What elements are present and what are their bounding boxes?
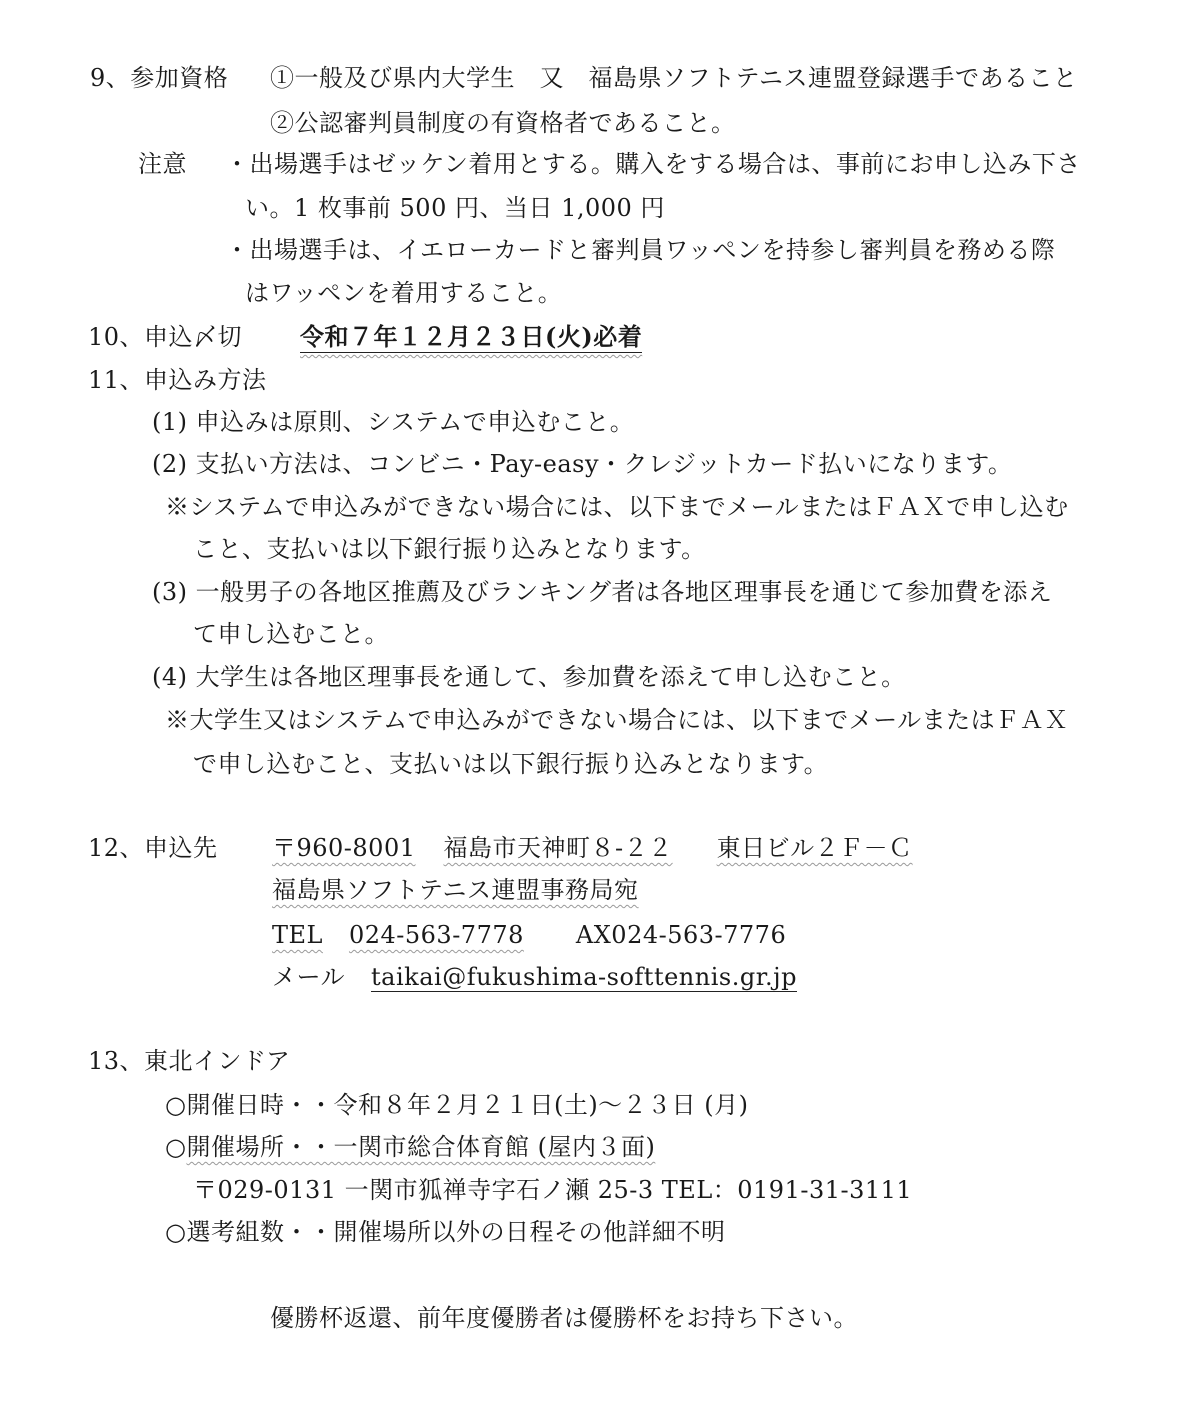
event-venue-address: 〒029-0131 一関市狐禅寺字石ノ瀬 25-3 TEL：0191-31-31… (193, 1174, 912, 1206)
method-note-text: こと、支払いは以下銀行振り込みとなります。 (193, 535, 706, 563)
deadline-line: 令和７年１２月２３日(火)必着 (300, 321, 642, 353)
method-note-1-line-2: こと、支払いは以下銀行振り込みとなります。 (193, 533, 706, 565)
section-number: 13、 (88, 1047, 144, 1075)
event-date-line: ○開催日時・・令和８年２月２１日(土)～２３日 (月) (165, 1089, 749, 1121)
section-11-heading-line: 11、申込み方法 (88, 364, 267, 396)
requirement-text: ①一般及び県内大学生 又 福島県ソフトテニス連盟登録選手であること (270, 64, 1078, 92)
note-text: ・出場選手はゼッケン着用とする。購入をする場合は、事前にお申し込み下さ (225, 150, 1081, 178)
contact-address-line: 〒960-8001福島市天神町８-２２東日ビル２Ｆ－Ｃ (272, 832, 913, 864)
section-number: 9、 (90, 64, 130, 92)
selection-text: ○選考組数・・開催場所以外の日程その他詳細不明 (165, 1218, 725, 1246)
method-text: (3) 一般男子の各地区推薦及びランキング者は各地区理事長を通じて参加費を添え (152, 578, 1052, 606)
tel-label: TEL (272, 921, 323, 949)
method-text: (4) 大学生は各地区理事長を通して、参加費を添えて申し込むこと。 (152, 663, 906, 691)
note-label-text: 注意 (138, 150, 187, 178)
event-date-label: ○開催日時・・ (165, 1091, 333, 1119)
venue-address-text: 〒029-0131 一関市狐禅寺字石ノ瀬 25-3 TEL：0191-31-31… (193, 1176, 912, 1204)
method-item-4: (4) 大学生は各地区理事長を通して、参加費を添えて申し込むこと。 (152, 661, 906, 693)
mail-label: メール (272, 963, 345, 991)
street-address: 福島市天神町８-２２ (444, 834, 673, 862)
postal-code: 〒960-8001 (272, 834, 416, 862)
requirement-text: ②公認審判員制度の有資格者であること。 (270, 109, 736, 137)
email-link[interactable]: taikai@fukushima-softtennis.gr.jp (371, 963, 797, 992)
method-note-2-line-2: で申し込むこと、支払いは以下銀行振り込みとなります。 (193, 748, 828, 780)
section-10-heading-line: 10、申込〆切 (88, 321, 242, 353)
fax-number: AX024-563-7776 (576, 921, 786, 949)
section-heading: 申込先 (144, 834, 218, 862)
method-note-text: で申し込むこと、支払いは以下銀行振り込みとなります。 (193, 750, 828, 778)
method-item-1: (1) 申込みは原則、システムで申込むこと。 (152, 406, 634, 438)
section-heading: 申込〆切 (144, 323, 242, 351)
section-number: 12、 (88, 834, 144, 862)
recipient-name: 福島県ソフトテニス連盟事務局宛 (272, 876, 639, 904)
method-item-3-line-1: (3) 一般男子の各地区推薦及びランキング者は各地区理事長を通じて参加費を添え (152, 576, 1052, 608)
method-item-2: (2) 支払い方法は、コンビニ・Pay-easy・クレジットカード払いになります… (152, 448, 1012, 480)
method-note-text: ※大学生又はシステムで申込みができない場合には、以下までメールまたはＦＡＸ (165, 706, 1069, 734)
section-12-heading-line: 12、申込先 (88, 832, 218, 864)
note-bib-line-1: ・出場選手はゼッケン着用とする。購入をする場合は、事前にお申し込み下さ (225, 148, 1081, 180)
event-venue-line: ○開催場所・・一関市総合体育館 (屋内３面) (165, 1131, 655, 1163)
contact-recipient-line: 福島県ソフトテニス連盟事務局宛 (272, 874, 639, 906)
method-text: (1) 申込みは原則、システムで申込むこと。 (152, 408, 634, 436)
method-note-1-line-1: ※システムで申込みができない場合には、以下までメールまたはＦＡＸで申し込む (165, 491, 1069, 523)
note-text: い。1 枚事前 500 円、当日 1,000 円 (245, 194, 665, 222)
method-note-text: ※システムで申込みができない場合には、以下までメールまたはＦＡＸで申し込む (165, 493, 1069, 521)
section-number: 10、 (88, 323, 144, 351)
section-number: 11、 (88, 366, 144, 394)
note-text: はワッペンを着用すること。 (245, 279, 562, 307)
method-note-2-line-1: ※大学生又はシステムで申込みができない場合には、以下までメールまたはＦＡＸ (165, 704, 1069, 736)
section-heading: 東北インドア (144, 1047, 290, 1075)
building-name: 東日ビル２Ｆ－Ｃ (717, 834, 913, 862)
event-date-value: 令和８年２月２１日(土)～２３日 (月) (333, 1091, 748, 1119)
trophy-note-text: 優勝杯返還、前年度優勝者は優勝杯をお持ち下さい。 (270, 1304, 858, 1332)
section-9-heading-line: 9、参加資格 (90, 62, 228, 94)
note-card-line-2: はワッペンを着用すること。 (245, 277, 562, 309)
note-bib-line-2: い。1 枚事前 500 円、当日 1,000 円 (245, 192, 665, 224)
tel-number: 024-563-7778 (349, 921, 524, 949)
section-heading: 申込み方法 (144, 366, 267, 394)
deadline-date: 令和７年１２月２３日(火)必着 (300, 322, 642, 353)
eligibility-requirement-1: ①一般及び県内大学生 又 福島県ソフトテニス連盟登録選手であること (270, 62, 1078, 94)
note-label: 注意 (138, 148, 187, 180)
contact-email-line: メールtaikai@fukushima-softtennis.gr.jp (272, 961, 797, 993)
trophy-return-note: 優勝杯返還、前年度優勝者は優勝杯をお持ち下さい。 (270, 1302, 858, 1334)
circle-bullet: ○ (165, 1133, 186, 1161)
eligibility-requirement-2: ②公認審判員制度の有資格者であること。 (270, 107, 736, 139)
method-text: (2) 支払い方法は、コンビニ・Pay-easy・クレジットカード払いになります… (152, 450, 1012, 478)
event-venue-text: 開催場所・・一関市総合体育館 (屋内３面) (186, 1133, 655, 1161)
note-text: ・出場選手は、イエローカードと審判員ワッペンを持参し審判員を務める際 (225, 236, 1055, 264)
note-card-line-1: ・出場選手は、イエローカードと審判員ワッペンを持参し審判員を務める際 (225, 234, 1055, 266)
method-text: て申し込むこと。 (193, 620, 389, 648)
contact-phone-line: TEL024-563-7778AX024-563-7776 (272, 919, 786, 951)
section-13-heading-line: 13、東北インドア (88, 1045, 290, 1077)
method-item-3-line-2: て申し込むこと。 (193, 618, 389, 650)
section-heading: 参加資格 (130, 64, 228, 92)
event-selection-line: ○選考組数・・開催場所以外の日程その他詳細不明 (165, 1216, 725, 1248)
